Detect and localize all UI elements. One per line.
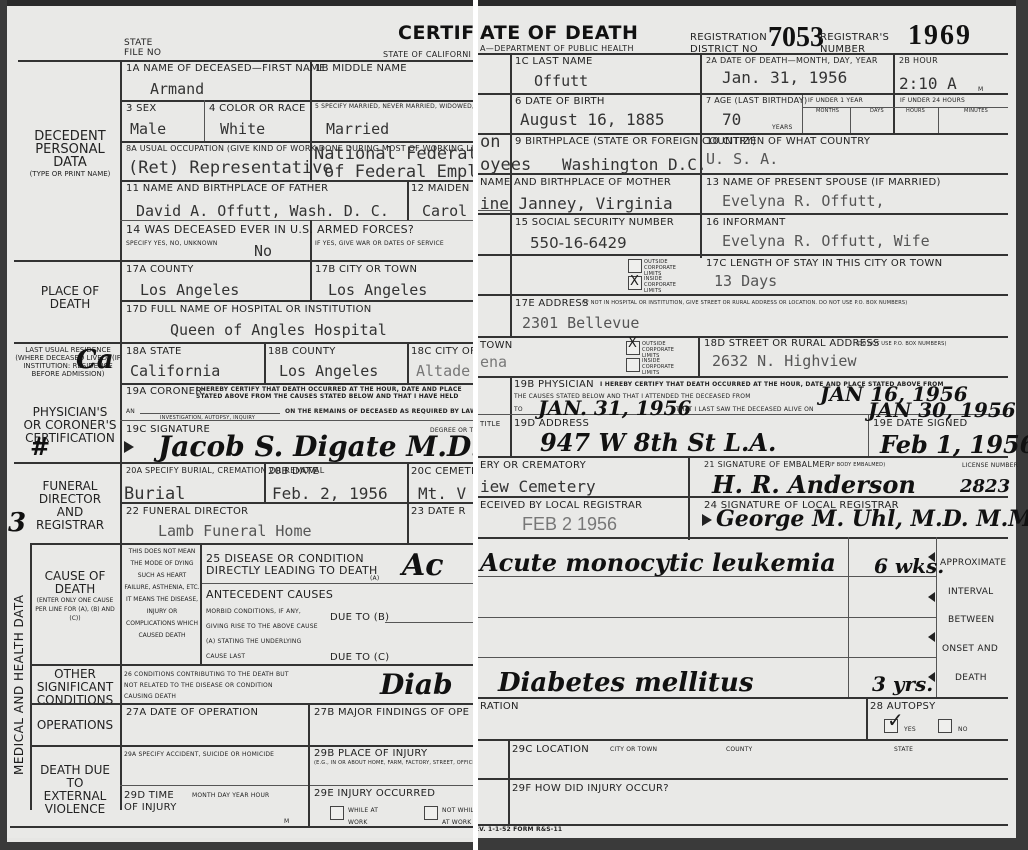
label-1b: 1B MIDDLE NAME	[315, 63, 407, 74]
value-sex: Male	[130, 120, 166, 138]
label-antecedent: ANTECEDENT CAUSES	[206, 588, 333, 601]
label-accident: 29A SPECIFY ACCIDENT, SUICIDE OR HOMICID…	[124, 751, 274, 758]
cause-disclaimer: THIS DOES NOT MEAN THE MODE OF DYING SUC…	[124, 546, 200, 642]
registration-number: 7053	[768, 22, 824, 54]
value-contributing: Diabetes mellitus	[498, 668, 753, 698]
label-cause-a: (A)	[370, 575, 379, 582]
value-business-left-1: National Federati	[314, 144, 473, 164]
section-decedent: DECEDENT PERSONAL DATA(TYPE OR PRINT NAM…	[22, 130, 118, 179]
label-how-injury: 29F HOW DID INJURY OCCUR?	[512, 783, 669, 794]
label-marital: 5 SPECIFY MARRIED, NEVER MARRIED, WIDOWE…	[315, 103, 473, 110]
value-date-received: FEB 2 1956	[522, 514, 617, 535]
label-disease: 25 DISEASE OR CONDITION DIRECTLY LEADING…	[206, 553, 386, 577]
label-maiden-left: 12 MAIDEN	[411, 183, 470, 194]
label-city-death: 17B CITY OR TOWN	[315, 264, 417, 275]
label-place-injury: 29B PLACE OF INJURY	[314, 748, 427, 759]
interval-header-5: DEATH	[955, 673, 987, 683]
label-inside-limits-18: INSIDE CORPORATE LIMITS	[642, 358, 692, 376]
section-other-conditions: OTHER SIGNIFICANT CONDITIONS	[34, 668, 116, 707]
label-under-24-hours: IF UNDER 24 HOURS	[900, 97, 965, 104]
label-while-at-work: WHILE AT WORK	[348, 805, 384, 829]
label-autopsy-no: NO	[958, 726, 968, 733]
label-due-to-b: DUE TO (B)	[330, 612, 389, 623]
label-an: AN	[126, 408, 135, 415]
label-injury-occurred: 29E INJURY OCCURRED	[314, 788, 435, 799]
signature-arrow-icon	[124, 441, 134, 453]
department-right: A—DEPARTMENT OF PUBLIC HEALTH	[480, 44, 634, 53]
section-funeral: FUNERAL DIRECTOR AND REGISTRAR	[30, 480, 110, 532]
label-street-address: 18D STREET OR RURAL ADDRESS	[704, 338, 880, 349]
x-mark-icon: X	[630, 274, 639, 289]
value-first-name: Armand	[150, 80, 204, 98]
certificate-title-right: ATE OF DEATH	[480, 22, 638, 44]
inside-limits-checkbox-17[interactable]: X	[628, 276, 642, 290]
time-injury-m: M	[284, 818, 289, 825]
label-remains: ON THE REMAINS OF DECEASED AS REQUIRED B…	[285, 408, 473, 415]
label-race: 4 COLOR OR RACE	[209, 103, 306, 114]
label-hospital: 17D FULL NAME OF HOSPITAL OR INSTITUTION	[126, 304, 372, 315]
label-date-of-death: 2A DATE OF DEATH—MONTH, DAY, YEAR	[706, 56, 878, 65]
value-mother-left: Carol	[422, 202, 467, 220]
value-father: David A. Offutt, Wash. D. C.	[136, 202, 389, 220]
label-due-to-c: DUE TO (C)	[330, 652, 389, 663]
label-under-1-year: IF UNDER 1 YEAR	[808, 97, 863, 104]
label-days: DAYS	[870, 108, 884, 114]
interval-header-3: BETWEEN	[948, 615, 994, 625]
value-race: White	[220, 120, 265, 138]
label-findings-right: RATION	[480, 701, 519, 712]
label-last-saw: THAT I LAST SAW THE DECEASED ALIVE ON	[676, 406, 814, 413]
section-external-violence: DEATH DUE TO EXTERNAL VIOLENCE	[34, 764, 116, 816]
label-location-county: COUNTY	[726, 746, 752, 753]
interval-arrow-icon	[928, 592, 935, 602]
label-residence-county: 18B COUNTY	[268, 346, 336, 357]
value-length-stay: 13 Days	[714, 272, 777, 290]
value-residence-city-left: Altade	[416, 362, 470, 380]
label-burial-date: 20B DATE	[268, 466, 319, 477]
label-age: 7 AGE (LAST BIRTHDAY)	[706, 96, 807, 105]
value-dob: August 16, 1885	[520, 110, 665, 129]
value-business-right-2: oyees	[480, 155, 531, 175]
label-physician: 19B PHYSICIAN	[514, 379, 594, 390]
value-cause-a-left: Ac	[402, 548, 444, 583]
autopsy-yes-checkbox[interactable]: ✓	[884, 719, 898, 733]
value-marital: Married	[326, 120, 389, 138]
registrar-arrow-icon	[702, 514, 712, 526]
label-location-state: STATE	[894, 746, 913, 753]
label-years: YEARS	[772, 124, 793, 131]
value-burial-date: Feb. 2, 1956	[272, 484, 388, 503]
street-address-note: (DO NOT USE P.O. BOX NUMBERS)	[856, 341, 947, 347]
value-date-signed: Feb 1, 1956	[880, 430, 1028, 459]
label-coroner: 19A CORONER:	[126, 386, 206, 397]
label-state: 18A STATE	[126, 346, 182, 357]
coroner-statement: I HEREBY CERTIFY THAT DEATH OCCURRED AT …	[196, 386, 473, 400]
label-county-death: 17A COUNTY	[126, 264, 194, 275]
label-outside-limits-17: OUTSIDE CORPORATE LIMITS	[644, 259, 694, 277]
label-specify-yes-no: SPECIFY YES, NO, UNKNOWN	[126, 240, 218, 247]
label-spouse: 13 NAME OF PRESENT SPOUSE (IF MARRIED)	[706, 177, 941, 188]
form-identifier: REV. 1-1-52 FORM R&S-11	[478, 826, 562, 833]
margin-mark-3: 3	[8, 508, 26, 538]
interval-header-4: ONSET AND	[942, 644, 998, 654]
margin-mark-hash: #	[30, 432, 50, 461]
label-residence-city-left: 18C CITY OF	[411, 346, 473, 357]
x-mark-icon: X	[628, 336, 637, 351]
value-cause-a: Acute monocytic leukemia	[480, 548, 836, 577]
embalmer-note: (IF BODY EMBALMED)	[828, 462, 885, 468]
label-outside-limits-18: OUTSIDE CORPORATE LIMITS	[642, 341, 692, 359]
label-findings-left: 27B MAJOR FINDINGS OF OPE	[314, 707, 469, 718]
outside-limits-checkbox-17[interactable]	[628, 259, 642, 273]
value-business-left-2: of Federal Empl	[324, 162, 473, 182]
section-place-of-death: PLACE OF DEATH	[22, 285, 118, 311]
label-months: MONTHS	[816, 108, 839, 114]
value-residence-county: Los Angeles	[279, 362, 378, 380]
state-file-label: STATE FILE No	[124, 38, 174, 58]
label-ssn: 15 SOCIAL SECURITY NUMBER	[515, 217, 674, 228]
value-informant: Evelyna R. Offutt, Wife	[722, 232, 930, 250]
value-address-17e: 2301 Bellevue	[522, 314, 639, 332]
section-operations: OPERATIONS	[34, 719, 116, 732]
value-last-name: Offutt	[534, 72, 588, 90]
checkmark-icon: ✓	[887, 708, 904, 732]
interval-arrow-icon	[928, 552, 935, 562]
label-mother-right: NAME AND BIRTHPLACE OF MOTHER	[480, 177, 671, 188]
value-birthplace: Washington D.C.	[562, 155, 707, 174]
scan-edge-top-right	[478, 0, 1028, 6]
not-while-at-work-checkbox[interactable]	[424, 806, 438, 820]
label-cemetery-right: ERY OR CREMATORY	[480, 460, 586, 471]
value-county-death: Los Angeles	[140, 281, 239, 299]
label-date-received-left: 23 DATE R	[411, 506, 466, 517]
label-minutes: MINUTES	[964, 108, 988, 114]
certificate-title-left: CERTIFIC	[398, 22, 473, 44]
value-contributing-interval: 3 yrs.	[872, 672, 933, 696]
time-injury-cols: MONTH DAY YEAR HOUR	[192, 792, 269, 799]
label-time-injury: 29D TIME OF INJURY	[124, 790, 184, 814]
department-left: STATE OF CALIFORNI	[383, 50, 471, 59]
value-spouse: Evelyna R. Offutt,	[722, 192, 885, 210]
label-degree-right: TITLE	[480, 420, 500, 428]
value-hour-suffix: M	[978, 86, 983, 93]
value-cemetery-left: Mt. V	[418, 484, 466, 503]
value-license-number: 2823	[960, 476, 1010, 497]
value-embalmer: H. R. Anderson	[712, 470, 916, 499]
label-sex: 3 SEX	[126, 103, 157, 114]
interval-arrow-icon	[928, 632, 935, 642]
label-location: 29C LOCATION	[512, 744, 589, 755]
value-street-address: 2632 N. Highview	[712, 352, 857, 370]
place-injury-note: (E.G., IN OR ABOUT HOME, FARM, FACTORY, …	[314, 760, 473, 766]
value-occupation: (Ret) Representative	[128, 158, 333, 178]
label-date-operation: 27A DATE OF OPERATION	[126, 707, 258, 718]
label-license-number: LICENSE NUMBER	[962, 462, 1018, 469]
value-ssn: 550-16-6429	[530, 234, 627, 252]
label-funeral-director: 22 FUNERAL DIRECTOR	[126, 506, 248, 517]
label-location-city: CITY OR TOWN	[610, 746, 657, 753]
label-armed-forces: 14 WAS DECEASED EVER IN U.S. ARMED FORCE…	[126, 223, 414, 236]
value-city-death: Los Angeles	[328, 281, 427, 299]
certificate-right-half: ATE OF DEATH A—DEPARTMENT OF PUBLIC HEAL…	[478, 0, 1028, 850]
registrar-number: 1969	[908, 20, 972, 52]
value-funeral-director: Lamb Funeral Home	[158, 522, 312, 540]
label-embalmer: 21 SIGNATURE OF EMBALMER	[704, 460, 831, 469]
value-citizen: U. S. A.	[706, 150, 778, 168]
label-inside-limits-17: INSIDE CORPORATE LIMITS	[644, 276, 694, 294]
label-date-signed: 19E DATE SIGNED	[873, 418, 967, 429]
antecedent-note: MORBID CONDITIONS, IF ANY, GIVING RISE T…	[206, 604, 321, 664]
medical-health-data-label: MEDICAL AND HEALTH DATA	[12, 595, 26, 775]
label-not-while-at-work: NOT WHILE AT WORK	[442, 805, 473, 829]
scan-edge-top	[0, 0, 473, 6]
label-if-yes-war: IF YES, GIVE WAR OR DATES OF SERVICE	[315, 240, 444, 247]
value-local-registrar: George M. Uhl, M.D. M.M.	[716, 506, 1028, 532]
section-cause: CAUSE OF DEATH(ENTER ONLY ONE CAUSE PER …	[34, 570, 116, 623]
label-investigation: INVESTIGATION, AUTOPSY, INQUIRY	[160, 415, 255, 421]
value-hospital: Queen of Angles Hospital	[170, 321, 387, 339]
label-autopsy-yes: YES	[904, 726, 916, 733]
value-state: California	[130, 362, 220, 380]
scan-edge-right	[1016, 0, 1028, 850]
autopsy-no-checkbox[interactable]	[938, 719, 952, 733]
value-mother-right: ine Janney, Virginia	[480, 194, 673, 213]
scan-edge-bottom	[0, 842, 473, 850]
label-1a: 1A NAME OF DECEASED—FIRST NAME	[126, 63, 326, 74]
scan-edge-left	[0, 0, 7, 850]
interval-header-1: APPROXIMATE	[940, 558, 1006, 568]
label-address-17e: 17E ADDRESS	[515, 298, 589, 309]
while-at-work-checkbox[interactable]	[330, 806, 344, 820]
value-attended-to: JAN. 31, 1956	[538, 396, 691, 420]
scan-edge-bottom-right	[478, 838, 1028, 850]
label-father: 11 NAME AND BIRTHPLACE OF FATHER	[126, 183, 328, 194]
value-residence-city-right: ena	[480, 353, 507, 371]
margin-mark-ca: Ca	[76, 345, 114, 375]
label-informant: 16 INFORMANT	[706, 217, 786, 228]
value-hour: 2:10 A	[899, 74, 957, 93]
label-cemetery-left: 20C CEMETI	[411, 466, 473, 477]
outside-limits-checkbox-18[interactable]: X	[626, 341, 640, 355]
value-burial: Burial	[124, 484, 185, 504]
value-physician-signature: Jacob S. Digate M.D.	[158, 430, 473, 463]
address-17e-note: (IF NOT IN HOSPITAL OR INSTITUTION, GIVE…	[582, 300, 907, 306]
value-date-of-death: Jan. 31, 1956	[722, 68, 847, 87]
value-age: 70	[722, 110, 741, 129]
value-contributing-left: Diab	[380, 668, 453, 701]
label-length-stay: 17C LENGTH OF STAY IN THIS CITY OR TOWN	[706, 258, 942, 269]
label-dob: 6 DATE OF BIRTH	[515, 96, 605, 107]
label-residence-city-right: TOWN	[480, 340, 513, 351]
interval-header-2: INTERVAL	[948, 587, 993, 597]
value-cemetery-right: iew Cemetery	[480, 477, 596, 496]
label-hours: HOURS	[906, 108, 925, 114]
label-citizen: 10 CITIZEN OF WHAT COUNTRY	[706, 136, 870, 147]
label-date-received-right: ECEIVED BY LOCAL REGISTRAR	[480, 500, 642, 511]
inside-limits-checkbox-18[interactable]	[626, 358, 640, 372]
label-to: TO	[514, 406, 523, 413]
value-physician-address: 947 W 8th St L.A.	[540, 428, 776, 457]
label-contributing: 26 CONDITIONS CONTRIBUTING TO THE DEATH …	[124, 669, 294, 702]
value-business-right-1: on	[480, 132, 500, 152]
certificate-left-half: STATE FILE No CERTIFIC STATE OF CALIFORN…	[0, 0, 473, 850]
label-last-name: 1C LAST NAME	[515, 56, 593, 67]
value-armed-forces: No	[254, 242, 272, 260]
label-hour: 2B HOUR	[899, 56, 938, 65]
